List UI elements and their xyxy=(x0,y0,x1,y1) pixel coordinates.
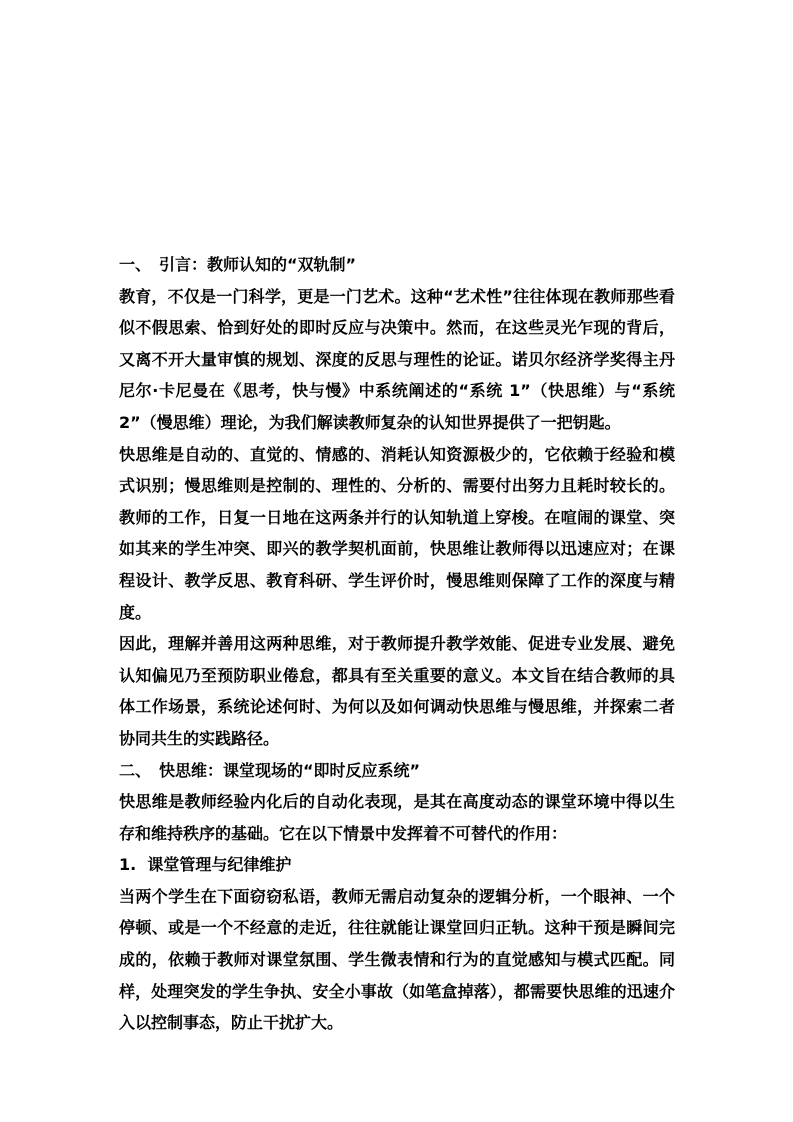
paragraph-intro-art-science: 教育，不仅是一门科学，更是一门艺术。这种“艺术性”往往体现在教师那些看似不假思索… xyxy=(119,281,675,439)
section-heading-introduction: 一、 引言：教师认知的“双轨制” xyxy=(119,249,675,281)
paragraph-significance-purpose: 因此，理解并善用这两种思维，对于教师提升教学效能、促进专业发展、避免认知偏见乃至… xyxy=(119,628,675,754)
paragraph-fast-slow-definition: 快思维是自动的、直觉的、情感的、消耗认知资源极少的，它依赖于经验和模式识别；慢思… xyxy=(119,439,675,629)
section-heading-fast-thinking: 二、 快思维：课堂现场的“即时反应系统” xyxy=(119,755,675,787)
paragraph-fast-thinking-intro: 快思维是教师经验内化后的自动化表现，是其在高度动态的课堂环境中得以生存和维持秩序… xyxy=(119,786,675,849)
subheading-classroom-management: 1. 课堂管理与纪律维护 xyxy=(119,849,675,881)
paragraph-classroom-management-detail: 当两个学生在下面窃窃私语，教师无需启动复杂的逻辑分析，一个眼神、一个停顿、或是一… xyxy=(119,881,675,1039)
document-content: 一、 引言：教师认知的“双轨制” 教育，不仅是一门科学，更是一门艺术。这种“艺术… xyxy=(119,249,675,1039)
document-page: 一、 引言：教师认知的“双轨制” 教育，不仅是一门科学，更是一门艺术。这种“艺术… xyxy=(0,0,793,1122)
